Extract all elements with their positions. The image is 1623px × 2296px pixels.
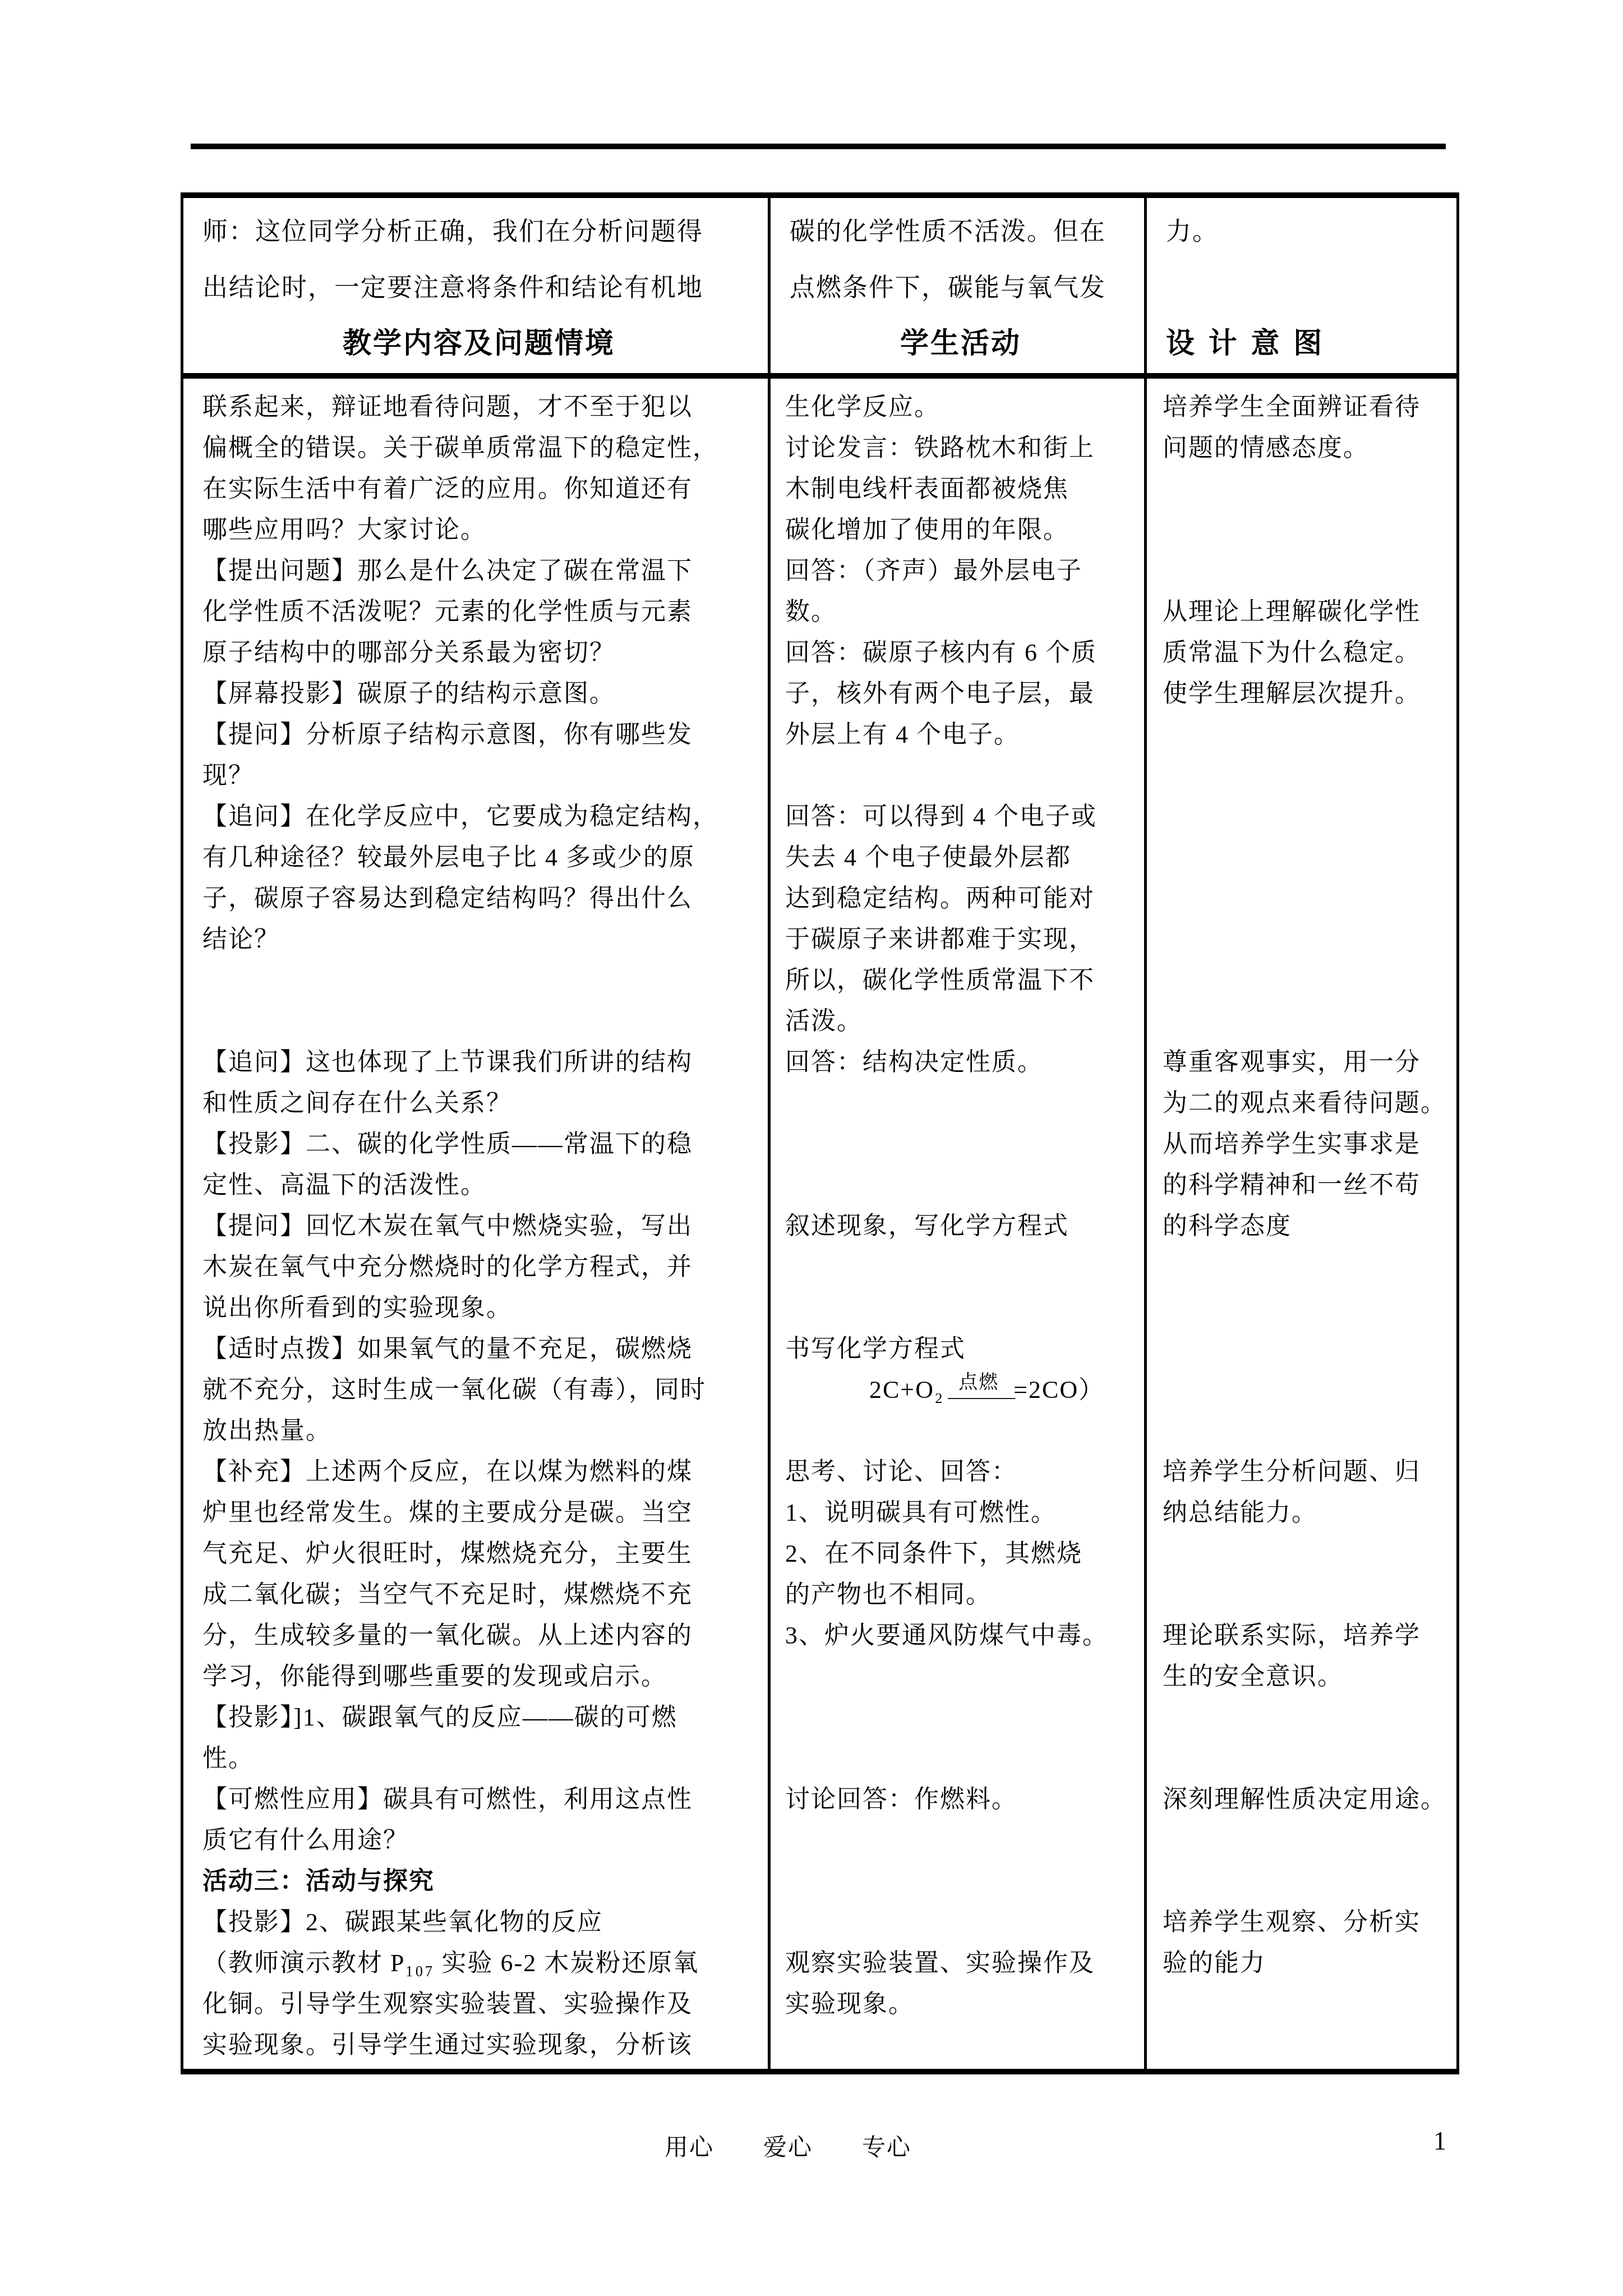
text-line: 碳的化学性质不活泼。但在	[790, 204, 1132, 260]
text-line: 从而培养学生实事求是	[1163, 1124, 1446, 1165]
text-line	[202, 1001, 758, 1042]
text-line: 的科学精神和一丝不苟	[1163, 1165, 1446, 1205]
text-line: 的科学态度	[1163, 1205, 1446, 1246]
text-line: 培养学生分析问题、归	[1163, 1451, 1446, 1492]
column-title-teaching-content: 教学内容及问题情境	[202, 316, 755, 372]
text-line	[1163, 878, 1446, 919]
text-line: 化学性质不活泼呢？元素的化学性质与元素	[202, 591, 758, 632]
text-line	[785, 755, 1134, 796]
text-line: 从理论上理解碳化学性	[1163, 591, 1446, 632]
body-cell-student-activity: 生化学反应。讨论发言：铁路枕木和街上木制电线杆表面都被烧焦碳化增加了使用的年限。…	[771, 379, 1147, 2069]
text-line	[785, 1287, 1134, 1328]
text-line	[1163, 837, 1446, 878]
text-line: 【适时点拨】如果氧气的量不充足，碳燃烧	[202, 1328, 758, 1369]
carryover-text: 力。	[1166, 204, 1444, 316]
text-line: 叙述现象，写化学方程式	[785, 1205, 1134, 1246]
text-line	[1163, 1410, 1446, 1451]
text-line: 验的能力	[1163, 1943, 1446, 1984]
text-line: 哪些应用吗？大家讨论。	[202, 509, 758, 550]
text-line	[1163, 468, 1446, 509]
text-line: 实验现象。引导学生通过实验现象，分析该	[202, 2024, 758, 2065]
text-line: 生化学反应。	[785, 386, 1134, 427]
header-cell-teaching-content: 师：这位同学分析正确，我们在分析问题得出结论时，一定要注意将条件和结论有机地 教…	[183, 198, 771, 373]
text-line: 【追问】这也体现了上节课我们所讲的结构	[202, 1042, 758, 1083]
text-line	[1163, 919, 1446, 960]
footer-word: 专心	[862, 2129, 911, 2162]
text-line	[785, 1124, 1134, 1165]
text-line: 点燃条件下，碳能与氧气发	[790, 260, 1132, 316]
text-line: 木炭在氧气中充分燃烧时的化学方程式，并	[202, 1246, 758, 1287]
text-line: 培养学生观察、分析实	[1163, 1902, 1446, 1943]
text-line: 回答：结构决定性质。	[785, 1042, 1134, 1083]
text-line: 于碳原子来讲都难于实现，	[785, 919, 1134, 960]
text-line: 培养学生全面辨证看待	[1163, 386, 1446, 427]
lesson-plan-table: 师：这位同学分析正确，我们在分析问题得出结论时，一定要注意将条件和结论有机地 教…	[181, 192, 1459, 2074]
page-number: 1	[1433, 2126, 1446, 2156]
text-line	[785, 1165, 1134, 1205]
text-line: 在实际生活中有着广泛的应用。你知道还有	[202, 468, 758, 509]
text-line: 【提出问题】那么是什么决定了碳在常温下	[202, 550, 758, 591]
text-line: 回答：碳原子核内有 6 个质	[785, 632, 1134, 673]
text-line: 有几种途径？较最外层电子比 4 多或少的原	[202, 837, 758, 878]
text-line: 【投影】二、碳的化学性质——常温下的稳	[202, 1124, 758, 1165]
text-line	[785, 1246, 1134, 1287]
text-line: 师：这位同学分析正确，我们在分析问题得	[202, 204, 755, 260]
text-line: 为二的观点来看待问题。	[1163, 1083, 1446, 1124]
text-line	[1163, 1861, 1446, 1902]
text-line: 生的安全意识。	[1163, 1656, 1446, 1697]
text-line	[785, 1697, 1134, 1738]
text-line: 纳总结能力。	[1163, 1492, 1446, 1533]
text-line	[785, 1656, 1134, 1697]
text-line: 分，生成较多量的一氧化碳。从上述内容的	[202, 1615, 758, 1656]
text-line: 碳化增加了使用的年限。	[785, 509, 1134, 550]
text-line	[785, 1083, 1134, 1124]
text-line: 实验现象。	[785, 1984, 1134, 2024]
text-line: 的产物也不相同。	[785, 1574, 1134, 1615]
text-line: 观察实验装置、实验操作及	[785, 1943, 1134, 1984]
text-line: 性。	[202, 1738, 758, 1779]
column-title-student-activity: 学生活动	[790, 316, 1132, 372]
text-line	[1163, 1984, 1446, 2024]
text-line	[785, 1820, 1134, 1861]
text-line: 化铜。引导学生观察实验装置、实验操作及	[202, 1984, 758, 2024]
text-line: 使学生理解层次提升。	[1163, 673, 1446, 714]
text-line	[785, 1738, 1134, 1779]
text-line: 思考、讨论、回答：	[785, 1451, 1134, 1492]
page-footer-motto: 用心 爱心 专心	[665, 2129, 911, 2162]
text-line	[1163, 796, 1446, 837]
text-line: 质它有什么用途？	[202, 1820, 758, 1861]
text-line: 放出热量。	[202, 1410, 758, 1451]
footer-word: 爱心	[763, 2129, 813, 2162]
text-line	[1163, 1533, 1446, 1574]
text-line: 现？	[202, 755, 758, 796]
text-line: 力。	[1166, 204, 1444, 260]
lesson-plan-document-page: 师：这位同学分析正确，我们在分析问题得出结论时，一定要注意将条件和结论有机地 教…	[0, 0, 1623, 2296]
text-line: 【屏幕投影】碳原子的结构示意图。	[202, 673, 758, 714]
text-line: 子，碳原子容易达到稳定结构吗？得出什么	[202, 878, 758, 919]
text-line: 和性质之间存在什么关系？	[202, 1083, 758, 1124]
column-title-design-intent: 设 计 意 图	[1166, 316, 1444, 372]
text-line: 原子结构中的哪部分关系最为密切？	[202, 632, 758, 673]
text-line	[1163, 1328, 1446, 1369]
text-line: 回答：（齐声）最外层电子	[785, 550, 1134, 591]
table-header-row: 师：这位同学分析正确，我们在分析问题得出结论时，一定要注意将条件和结论有机地 教…	[183, 198, 1456, 379]
text-line	[785, 1861, 1134, 1902]
text-line: 结论？	[202, 919, 758, 960]
text-line: 【追问】在化学反应中，它要成为稳定结构，	[202, 796, 758, 837]
carryover-text: 师：这位同学分析正确，我们在分析问题得出结论时，一定要注意将条件和结论有机地	[202, 204, 755, 316]
text-line: 活动三：活动与探究	[202, 1861, 758, 1902]
text-line: 所以，碳化学性质常温下不	[785, 960, 1134, 1001]
text-line: 书写化学方程式	[785, 1328, 1134, 1369]
text-line: 2、在不同条件下，其燃烧	[785, 1533, 1134, 1574]
text-line	[1163, 1697, 1446, 1738]
text-line: 达到稳定结构。两种可能对	[785, 878, 1134, 919]
text-line: 活泼。	[785, 1001, 1134, 1042]
text-line: 成二氧化碳；当空气不充足时，煤燃烧不充	[202, 1574, 758, 1615]
text-line: 【可燃性应用】碳具有可燃性，利用这点性	[202, 1779, 758, 1820]
text-line: 讨论回答：作燃料。	[785, 1779, 1134, 1820]
text-line: 【投影】]1、碳跟氧气的反应——碳的可燃	[202, 1697, 758, 1738]
text-line	[785, 2024, 1134, 2065]
text-line	[1163, 1287, 1446, 1328]
header-cell-student-activity: 碳的化学性质不活泼。但在点燃条件下，碳能与氧气发 学生活动	[771, 198, 1147, 373]
text-line	[1163, 1820, 1446, 1861]
text-line: 失去 4 个电子使最外层都	[785, 837, 1134, 878]
text-line	[785, 1410, 1134, 1451]
text-line: 【提问】分析原子结构示意图，你有哪些发	[202, 714, 758, 755]
text-line: 讨论发言：铁路枕木和街上	[785, 427, 1134, 468]
table-body-row: 联系起来，辩证地看待问题，才不至于犯以偏概全的错误。关于碳单质常温下的稳定性，在…	[183, 379, 1456, 2069]
text-line	[1163, 1738, 1446, 1779]
footer-word: 用心	[665, 2129, 714, 2162]
text-line	[202, 960, 758, 1001]
page-header-rule	[191, 144, 1446, 149]
text-line: 木制电线杆表面都被烧焦	[785, 468, 1134, 509]
text-line: 说出你所看到的实验现象。	[202, 1287, 758, 1328]
body-cell-design-intent: 培养学生全面辨证看待问题的情感态度。 从理论上理解碳化学性质常温下为什么稳定。使…	[1147, 379, 1456, 2069]
text-line: （教师演示教材 P₁₀₇ 实验 6-2 木炭粉还原氧	[202, 1943, 758, 1984]
text-line: 【补充】上述两个反应，在以煤为燃料的煤	[202, 1451, 758, 1492]
text-line: 数。	[785, 591, 1134, 632]
text-line	[1163, 1246, 1446, 1287]
text-line	[785, 1902, 1134, 1943]
text-line: 就不充分，这时生成一氧化碳（有毒），同时	[202, 1369, 758, 1410]
text-line	[1163, 714, 1446, 755]
text-line: 【投影】2、碳跟某些氧化物的反应	[202, 1902, 758, 1943]
text-line: 深刻理解性质决定用途。	[1163, 1779, 1446, 1820]
text-line	[1163, 1001, 1446, 1042]
text-line: 联系起来，辩证地看待问题，才不至于犯以	[202, 386, 758, 427]
text-line: 1、说明碳具有可燃性。	[785, 1492, 1134, 1533]
text-line: 定性、高温下的活泼性。	[202, 1165, 758, 1205]
text-line: 气充足、炉火很旺时，煤燃烧充分，主要生	[202, 1533, 758, 1574]
text-line: 出结论时，一定要注意将条件和结论有机地	[202, 260, 755, 316]
text-line: 炉里也经常发生。煤的主要成分是碳。当空	[202, 1492, 758, 1533]
text-line	[1163, 960, 1446, 1001]
text-line: 学习，你能得到哪些重要的发现或启示。	[202, 1656, 758, 1697]
text-line: 3、炉火要通风防煤气中毒。	[785, 1615, 1134, 1656]
text-line: 子，核外有两个电子层，最	[785, 673, 1134, 714]
text-line: 质常温下为什么稳定。	[1163, 632, 1446, 673]
text-line: 理论联系实际，培养学	[1163, 1615, 1446, 1656]
text-line	[1163, 509, 1446, 550]
text-line: 尊重客观事实，用一分	[1163, 1042, 1446, 1083]
text-line: 问题的情感态度。	[1163, 427, 1446, 468]
text-line: 偏概全的错误。关于碳单质常温下的稳定性，	[202, 427, 758, 468]
text-line	[1163, 2024, 1446, 2065]
text-line	[1163, 1369, 1446, 1410]
chemical-equation: 2C+O₂点燃－－－－=2CO）	[785, 1369, 1134, 1410]
text-line: 【提问】回忆木炭在氧气中燃烧实验，写出	[202, 1205, 758, 1246]
carryover-text: 碳的化学性质不活泼。但在点燃条件下，碳能与氧气发	[790, 204, 1132, 316]
text-line: 回答：可以得到 4 个电子或	[785, 796, 1134, 837]
body-cell-teaching-content: 联系起来，辩证地看待问题，才不至于犯以偏概全的错误。关于碳单质常温下的稳定性，在…	[183, 379, 771, 2069]
text-line	[1163, 755, 1446, 796]
text-line	[1163, 550, 1446, 591]
text-line	[1163, 1574, 1446, 1615]
header-cell-design-intent: 力。 设 计 意 图	[1147, 198, 1456, 373]
text-line: 外层上有 4 个电子。	[785, 714, 1134, 755]
